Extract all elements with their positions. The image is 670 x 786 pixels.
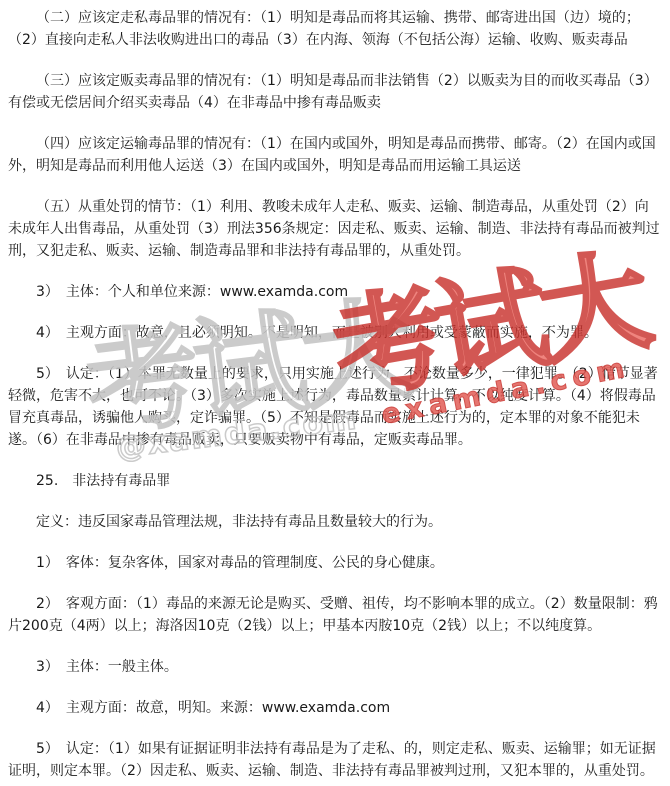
doc-paragraph: 2） 客观方面：（1）毒品的来源无论是购买、受赠、祖传，均不影响本罪的成立。（2… [8, 593, 662, 637]
doc-paragraph: 3） 主体：一般主体。 [8, 656, 662, 678]
doc-paragraph: 4） 主观方面：故意，且必须明知。不是明知，而是被别人利用或受蒙蔽而实施，不为罪… [8, 322, 662, 344]
document-page: { "colors": { "background": "#ffffff", "… [0, 0, 670, 786]
doc-paragraph: （五）从重处罚的情节：（1）利用、教唆未成年人走私、贩卖、运输、制造毒品，从重处… [8, 196, 662, 262]
document-body: （二）应该定走私毒品罪的情况有：（1）明知是毒品而将其运输、携带、邮寄进出国（边… [0, 0, 670, 782]
doc-paragraph: 3） 主体：个人和单位来源：www.examda.com [8, 281, 662, 303]
doc-paragraph: 1） 客体：复杂客体，国家对毒品的管理制度、公民的身心健康。 [8, 552, 662, 574]
doc-paragraph: （四）应该定运输毒品罪的情况有：（1）在国内或国外，明知是毒品而携带、邮寄。（2… [8, 133, 662, 177]
doc-paragraph: （二）应该定走私毒品罪的情况有：（1）明知是毒品而将其运输、携带、邮寄进出国（边… [8, 7, 662, 51]
doc-paragraph: 5） 认定：（1）本罪无数量上的要求，只用实施上述行为，不论数量多少，一律犯罪。… [8, 363, 662, 451]
doc-paragraph: 定义：违反国家毒品管理法规，非法持有毒品且数量较大的行为。 [8, 511, 662, 533]
doc-paragraph: 4） 主观方面：故意，明知。来源：www.examda.com [8, 697, 662, 719]
doc-paragraph: 5） 认定：（1）如果有证据证明非法持有毒品是为了走私、的，则定走私、贩卖、运输… [8, 738, 662, 782]
doc-paragraph: （三）应该定贩卖毒品罪的情况有：（1）明知是毒品而非法销售（2）以贩卖为目的而收… [8, 70, 662, 114]
doc-section-heading: 25. 非法持有毒品罪 [8, 470, 662, 492]
